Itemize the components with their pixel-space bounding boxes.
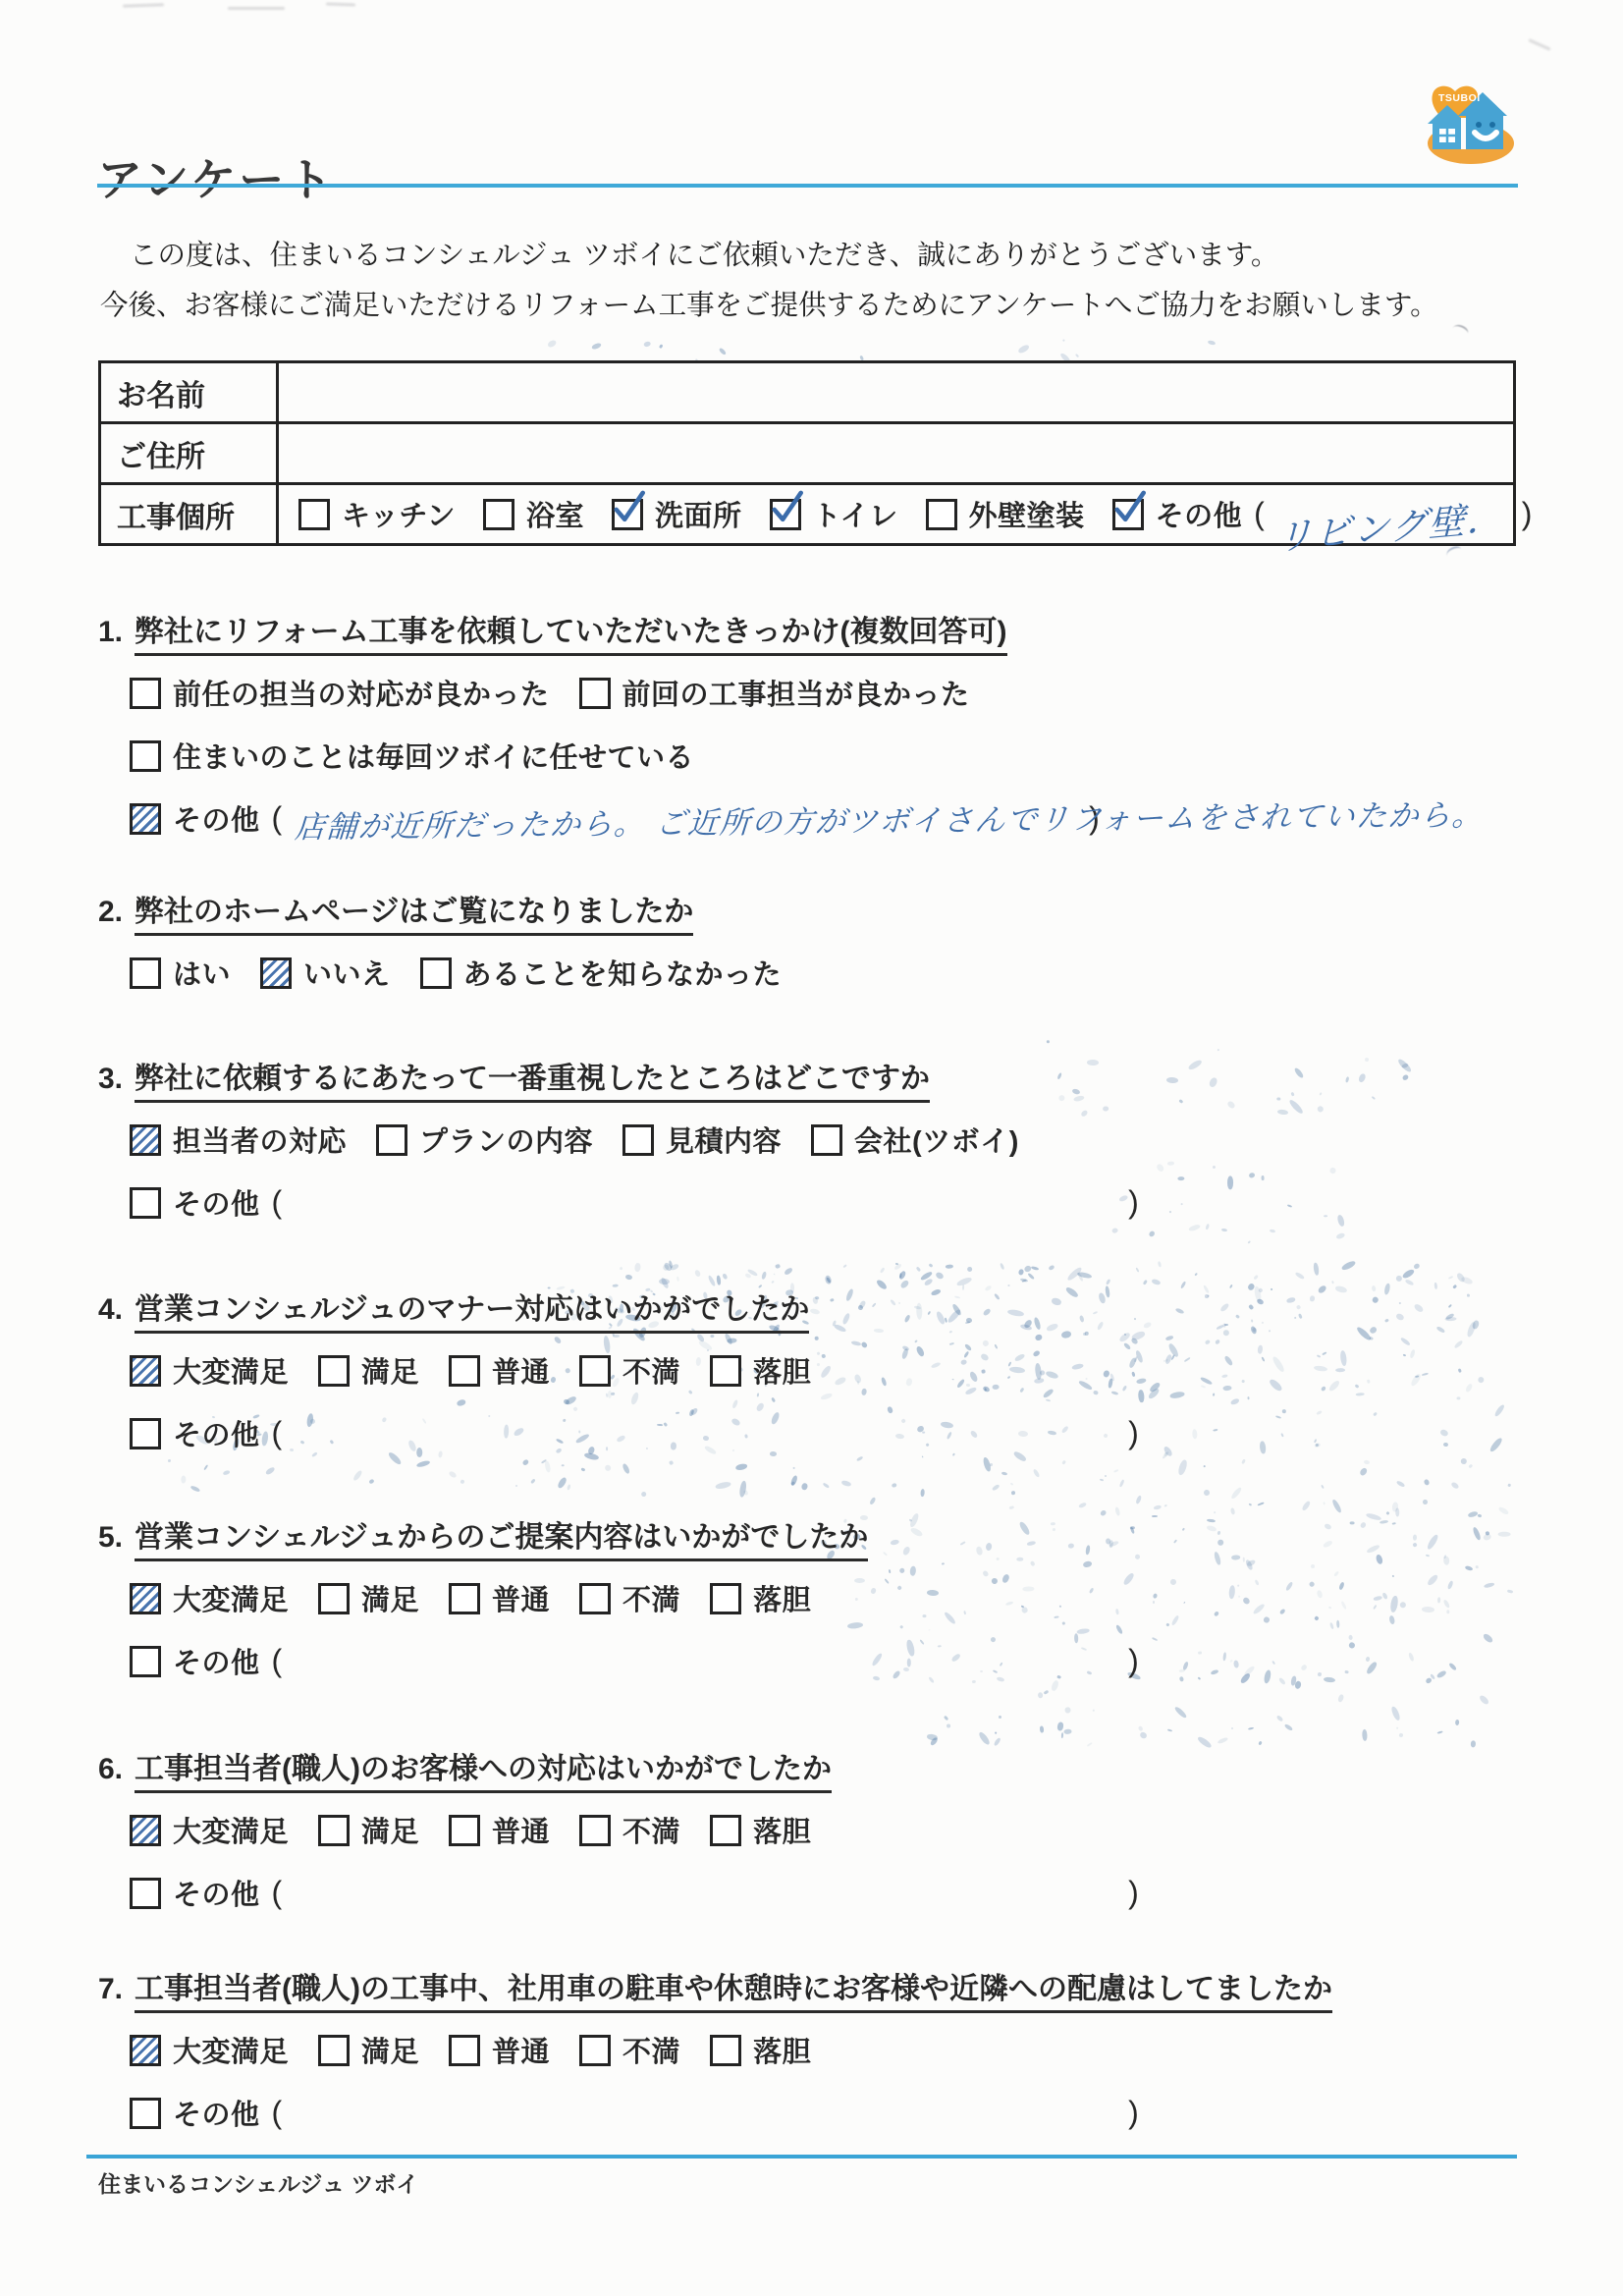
answer-blank[interactable]: リビング壁． [1276, 498, 1510, 531]
checkbox-option: 前任の担当の対応が良かった [130, 673, 550, 713]
checkbox-option: 大変満足 [130, 1578, 289, 1618]
options-row: 前任の担当の対応が良かった前回の工事担当が良かった [130, 673, 1551, 713]
checkbox-option: あることを知らなかった [420, 953, 783, 993]
title-underline [97, 184, 1518, 188]
options-row: 大変満足満足普通不満落胆 [130, 2030, 1551, 2070]
paren-close: ) [1128, 2095, 1139, 2131]
checkbox-option: 普通 [449, 1350, 550, 1391]
name-field[interactable] [279, 363, 1513, 421]
answer-blank[interactable] [294, 1645, 1116, 1678]
logo-text: TSUBOI [1438, 92, 1481, 104]
question-number: 2. [98, 896, 123, 928]
answer-blank[interactable] [294, 1877, 1116, 1910]
checkbox[interactable] [130, 1187, 161, 1219]
paren-open: ( [1254, 496, 1265, 532]
checkbox-option: その他() [130, 1182, 1139, 1223]
checkbox-option: いいえ [260, 953, 391, 993]
checkbox-option: 落胆 [710, 1350, 811, 1391]
options-row: その他() [130, 1641, 1551, 1681]
row-label: 工事個所 [101, 485, 279, 543]
checkbox[interactable] [579, 1815, 611, 1846]
check-icon [769, 490, 805, 526]
paren-open: ( [272, 2095, 283, 2131]
footer-company-name: 住まいるコンシェルジュ ツボイ [98, 2166, 418, 2199]
checkbox-label: プランの内容 [419, 1120, 593, 1160]
checkbox-label: 満足 [361, 1810, 419, 1850]
scan-artifact [123, 3, 164, 7]
checkbox-option: 洗面所 [612, 494, 742, 534]
checkbox[interactable] [579, 1583, 611, 1614]
checkbox-option: 浴室 [483, 494, 584, 534]
checkbox-option: 不満 [579, 1578, 680, 1618]
checkbox[interactable] [130, 1815, 161, 1846]
checkbox[interactable] [130, 2035, 161, 2066]
checkbox-label: 大変満足 [173, 1578, 289, 1618]
checkbox-option: 大変満足 [130, 1350, 289, 1391]
checkbox[interactable] [130, 1124, 161, 1156]
question-number: 1. [98, 616, 123, 648]
checkbox-option: その他(リビング壁．) [1112, 494, 1533, 534]
intro-line-1: この度は、住まいるコンシェルジュ ツボイにご依頼いただき、誠にありがとうございま… [130, 233, 1278, 273]
checkbox[interactable] [579, 2035, 611, 2066]
checkbox[interactable] [1112, 499, 1144, 530]
scan-artifact [1528, 38, 1550, 51]
options-row: 住まいのことは毎回ツボイに任せている [130, 736, 1551, 776]
answer-blank[interactable] [294, 1417, 1116, 1450]
checkbox-option: 満足 [318, 1578, 419, 1618]
checkbox-label: キッチン [342, 494, 456, 534]
logo-eye-right [1489, 122, 1495, 128]
options-row: その他() [130, 1182, 1551, 1223]
checkbox[interactable] [318, 1355, 350, 1387]
paren-close: ) [1128, 1415, 1139, 1451]
checkbox-label: 住まいのことは毎回ツボイに任せている [173, 736, 694, 776]
checkbox-option: 前回の工事担当が良かった [579, 673, 970, 713]
checkbox[interactable] [130, 1583, 161, 1614]
checkbox[interactable] [710, 1355, 741, 1387]
question-block: 2.弊社のホームページはご覧になりましたか はいいいえあることを知らなかった [98, 887, 1551, 993]
checkbox[interactable] [926, 499, 957, 530]
paren-close: ) [1522, 496, 1533, 532]
checkbox-label: 洗面所 [655, 494, 742, 534]
checkbox[interactable] [130, 2098, 161, 2129]
checkbox[interactable] [449, 1355, 480, 1387]
checkbox[interactable] [130, 740, 161, 772]
scan-artifact [326, 2, 355, 6]
page-title: アンケート [97, 144, 335, 209]
paren-open: ( [272, 1643, 283, 1679]
checkbox-option: 普通 [449, 1810, 550, 1850]
checkbox-option: キッチン [298, 494, 456, 534]
checkbox-option: 普通 [449, 1578, 550, 1618]
question-heading: 5.営業コンシェルジュからのご提案内容はいかがでしたか [98, 1512, 1551, 1556]
checkbox[interactable] [449, 1583, 480, 1614]
checkbox-option: 満足 [318, 1810, 419, 1850]
checkbox[interactable] [710, 1583, 741, 1614]
handwritten-answer: 店舗が近所だったから。 ご近所の方がツボイさんでリフォームをされていたから。 [294, 790, 1486, 847]
scan-artifact [1450, 322, 1470, 340]
paren-open: ( [272, 1875, 283, 1911]
question-number: 4. [98, 1293, 123, 1326]
options-row: 大変満足満足普通不満落胆 [130, 1810, 1551, 1850]
question-number: 6. [98, 1753, 123, 1785]
question-number: 5. [98, 1521, 123, 1554]
checkbox-label: その他 [173, 2093, 260, 2133]
question-block: 1.弊社にリフォーム工事を依頼していただいたきっかけ(複数回答可) 前任の担当の… [98, 607, 1551, 839]
checkbox[interactable] [298, 499, 330, 530]
checkbox-label: その他 [173, 1641, 260, 1681]
checkbox[interactable] [622, 1124, 654, 1156]
checkbox-label: 浴室 [526, 494, 584, 534]
checkbox-label: 不満 [622, 1350, 680, 1391]
options-row: その他() [130, 1413, 1551, 1453]
checkbox-label: 落胆 [753, 2030, 811, 2070]
checkbox-label: 普通 [492, 1810, 550, 1850]
checkbox-label: 大変満足 [173, 2030, 289, 2070]
checkbox-option: 担当者の対応 [130, 1120, 347, 1160]
checkbox-option: 落胆 [710, 2030, 811, 2070]
check-icon [611, 490, 647, 526]
checkbox-label: その他 [1156, 494, 1243, 534]
checkbox[interactable] [770, 499, 801, 530]
checkbox[interactable] [130, 1646, 161, 1677]
options-row: 大変満足満足普通不満落胆 [130, 1350, 1551, 1391]
checkbox-label: トイレ [813, 494, 898, 534]
checkbox[interactable] [811, 1124, 842, 1156]
question-heading: 6.工事担当者(職人)のお客様への対応はいかがでしたか [98, 1744, 1551, 1787]
checkbox-label: 外壁塗装 [969, 494, 1085, 534]
paren-open: ( [272, 1184, 283, 1221]
checkbox-label: その他 [173, 1182, 260, 1223]
paren-open: ( [272, 800, 283, 837]
answer-blank[interactable] [294, 2097, 1116, 2130]
checkbox[interactable] [130, 803, 161, 835]
checkbox-label: 不満 [622, 1810, 680, 1850]
intro-line-2: 今後、お客様にご満足いただけるリフォーム工事をご提供するためにアンケートへご協力… [100, 283, 1438, 323]
checkbox[interactable] [130, 1878, 161, 1909]
survey-page: アンケート TSUBOI この度は、住まいるコンシェルジュ ツボイにご依頼いただ… [0, 0, 1623, 2296]
checkbox-label: 普通 [492, 1578, 550, 1618]
checkbox[interactable] [710, 2035, 741, 2066]
paren-close: ) [1128, 1875, 1139, 1911]
checkbox[interactable] [376, 1124, 407, 1156]
checkbox[interactable] [420, 957, 452, 989]
checkbox-label: はい [173, 953, 231, 993]
checkbox-label: 満足 [361, 2030, 419, 2070]
checkbox-option: 見積内容 [622, 1120, 782, 1160]
question-number: 7. [98, 1973, 123, 2005]
checkbox-label: 落胆 [753, 1578, 811, 1618]
checkbox-label: 満足 [361, 1578, 419, 1618]
checkbox-label: 会社(ツボイ) [854, 1120, 1019, 1160]
checkbox-option: その他() [130, 2093, 1139, 2133]
table-row: ご住所 [101, 421, 1513, 482]
checkbox[interactable] [318, 1815, 350, 1846]
options-row: キッチン浴室洗面所トイレ外壁塗装その他(リビング壁．) [298, 494, 1532, 534]
checkbox-label: 担当者の対応 [173, 1120, 347, 1160]
answer-blank[interactable]: 店舗が近所だったから。 ご近所の方がツボイさんでリフォームをされていたから。 [294, 802, 1077, 836]
checkbox-label: 落胆 [753, 1810, 811, 1850]
checkbox[interactable] [483, 499, 514, 530]
checkbox-label: 普通 [492, 1350, 550, 1391]
check-icon [1111, 490, 1148, 526]
options-row: その他() [130, 1873, 1551, 1913]
scan-artifact [1445, 545, 1464, 561]
checkbox[interactable] [449, 2035, 480, 2066]
row-label: ご住所 [101, 424, 279, 482]
question-heading: 7.工事担当者(職人)の工事中、社用車の駐車や休憩時にお客様や近隣への配慮はして… [98, 1964, 1551, 2007]
options-row: その他() [130, 2093, 1551, 2133]
checkbox-label: その他 [173, 798, 260, 839]
checkbox-label: 不満 [622, 2030, 680, 2070]
footer-rule [86, 2155, 1517, 2159]
checkbox-option: 会社(ツボイ) [811, 1120, 1019, 1160]
checkbox-option: 不満 [579, 1810, 680, 1850]
checkbox-label: 見積内容 [666, 1120, 782, 1160]
customer-info-table: お名前 ご住所 工事個所 キッチン浴室洗面所トイレ外壁塗装その他(リビング壁．) [98, 360, 1516, 546]
checkbox[interactable] [130, 1418, 161, 1449]
options-row: 大変満足満足普通不満落胆 [130, 1578, 1551, 1618]
answer-blank[interactable] [294, 1186, 1116, 1220]
checkbox-label: あることを知らなかった [463, 953, 783, 993]
question-number: 3. [98, 1063, 123, 1095]
row-label: お名前 [101, 363, 279, 421]
question-block: 5.営業コンシェルジュからのご提案内容はいかがでしたか 大変満足満足普通不満落胆… [98, 1512, 1551, 1681]
checkbox-label: 大変満足 [173, 1350, 289, 1391]
checkbox-option: 落胆 [710, 1810, 811, 1850]
question-heading: 4.営業コンシェルジュのマナー対応はいかがでしたか [98, 1285, 1551, 1328]
checkbox-label: いいえ [303, 953, 391, 993]
question-heading: 2.弊社のホームページはご覧になりましたか [98, 887, 1551, 930]
checkbox-option: トイレ [770, 494, 898, 534]
checkbox-option: 不満 [579, 2030, 680, 2070]
checkbox-option: 満足 [318, 1350, 419, 1391]
handwritten-answer: リビング壁． [1276, 487, 1505, 561]
options-row: その他(店舗が近所だったから。 ご近所の方がツボイさんでリフォームをされていたか… [130, 798, 1551, 839]
checkbox-label: 前任の担当の対応が良かった [173, 673, 550, 713]
paren-open: ( [272, 1415, 283, 1451]
options-row: 担当者の対応プランの内容見積内容会社(ツボイ) [130, 1120, 1551, 1160]
logo-eye-left [1476, 122, 1482, 128]
table-row: 工事個所 キッチン浴室洗面所トイレ外壁塗装その他(リビング壁．) [101, 482, 1513, 543]
options-row: はいいいえあることを知らなかった [130, 953, 1551, 993]
checkbox-label: 前回の工事担当が良かった [622, 673, 970, 713]
checkbox[interactable] [449, 1815, 480, 1846]
checkbox-label: 普通 [492, 2030, 550, 2070]
checkbox-option: はい [130, 953, 231, 993]
checkbox-option: 大変満足 [130, 1810, 289, 1850]
checkbox-label: その他 [173, 1413, 260, 1453]
checkbox[interactable] [579, 678, 611, 709]
works-options: キッチン浴室洗面所トイレ外壁塗装その他(リビング壁．) [279, 485, 1532, 543]
checkbox-option: 住まいのことは毎回ツボイに任せている [130, 736, 694, 776]
checkbox-option: 不満 [579, 1350, 680, 1391]
checkbox-option: 落胆 [710, 1578, 811, 1618]
checkbox-option: その他() [130, 1873, 1139, 1913]
checkbox-label: 不満 [622, 1578, 680, 1618]
paren-close: ) [1128, 1184, 1139, 1221]
scan-artifact [228, 7, 285, 10]
question-block: 3.弊社に依頼するにあたって一番重視したところはどこですか 担当者の対応プランの… [98, 1054, 1551, 1223]
checkbox[interactable] [318, 1583, 350, 1614]
checkbox[interactable] [612, 499, 643, 530]
checkbox-option: 普通 [449, 2030, 550, 2070]
question-heading: 1.弊社にリフォーム工事を依頼していただいたきっかけ(複数回答可) [98, 607, 1551, 650]
checkbox[interactable] [710, 1815, 741, 1846]
checkbox-label: 落胆 [753, 1350, 811, 1391]
checkbox-option: 外壁塗装 [926, 494, 1085, 534]
table-row: お名前 [101, 363, 1513, 421]
address-field[interactable] [279, 424, 1513, 482]
checkbox-label: 満足 [361, 1350, 419, 1391]
checkbox-option: 大変満足 [130, 2030, 289, 2070]
paren-close: ) [1128, 1643, 1139, 1679]
checkbox-option: その他(店舗が近所だったから。 ご近所の方がツボイさんでリフォームをされていたか… [130, 798, 1100, 839]
checkbox-label: その他 [173, 1873, 260, 1913]
question-block: 6.工事担当者(職人)のお客様への対応はいかがでしたか 大変満足満足普通不満落胆… [98, 1744, 1551, 1913]
checkbox[interactable] [130, 1355, 161, 1387]
checkbox-label: 大変満足 [173, 1810, 289, 1850]
checkbox[interactable] [318, 2035, 350, 2066]
question-block: 4.営業コンシェルジュのマナー対応はいかがでしたか 大変満足満足普通不満落胆その… [98, 1285, 1551, 1453]
checkbox[interactable] [579, 1355, 611, 1387]
checkbox-option: 満足 [318, 2030, 419, 2070]
checkbox-option: その他() [130, 1413, 1139, 1453]
checkbox[interactable] [260, 957, 292, 989]
checkbox-option: その他() [130, 1641, 1139, 1681]
question-block: 7.工事担当者(職人)の工事中、社用車の駐車や休憩時にお客様や近隣への配慮はして… [98, 1964, 1551, 2133]
checkbox-option: プランの内容 [376, 1120, 593, 1160]
checkbox[interactable] [130, 957, 161, 989]
checkbox[interactable] [130, 678, 161, 709]
company-logo: TSUBOI [1426, 79, 1516, 173]
question-heading: 3.弊社に依頼するにあたって一番重視したところはどこですか [98, 1054, 1551, 1097]
